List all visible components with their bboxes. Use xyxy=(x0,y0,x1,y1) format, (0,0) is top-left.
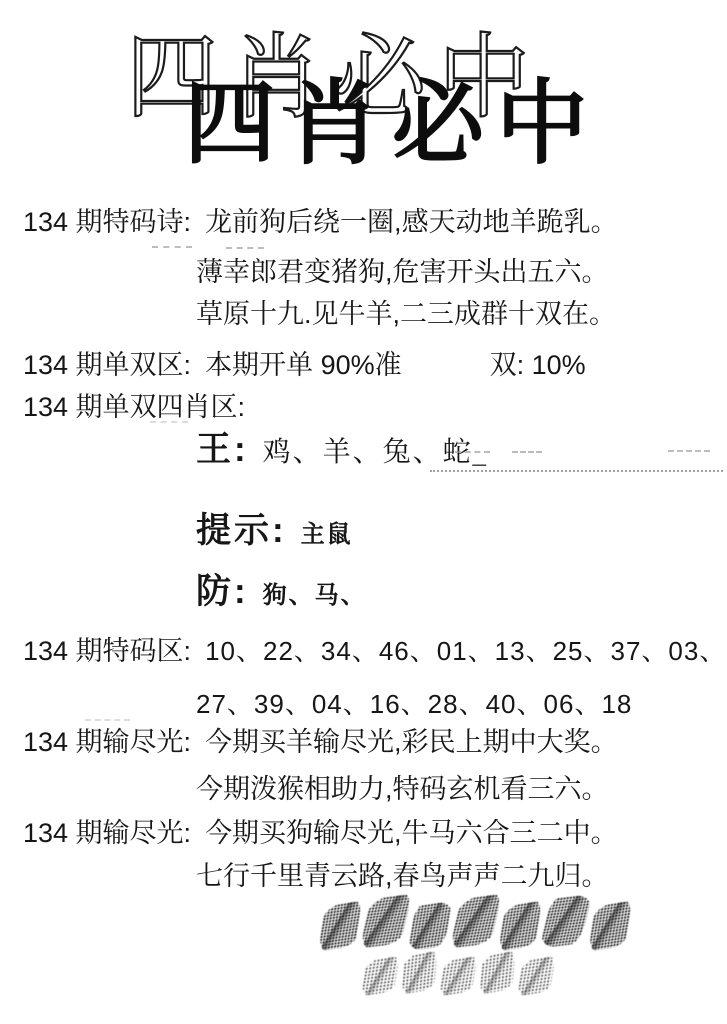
guard-values: 狗、马、 xyxy=(263,582,367,609)
hint-label: 提示: xyxy=(196,511,287,550)
scan-artifact xyxy=(150,421,188,423)
shujinguang-1-line-2: 今期泼猴相助力,特码玄机看三六。 xyxy=(196,774,609,805)
king-label: 王: xyxy=(196,430,249,469)
lottery-tip-sheet: 四肖必中 四肖必中 134 期特码诗:龙前狗后绕一圈,感天动地羊跪乳。 薄幸郎君… xyxy=(0,0,727,1024)
special-numbers-row-1: 10、22、34、46、01、13、25、37、03、15、 xyxy=(205,636,727,666)
poem-line-1: 134 期特码诗:龙前狗后绕一圈,感天动地羊跪乳。 xyxy=(23,207,618,238)
odd-even-label: 134 期单双区: xyxy=(23,350,191,380)
shujinguang-2-line-1: 134 期输尽光:今期买狗输尽光,牛马六合三二中。 xyxy=(23,818,618,849)
illegible-stamp-glyph xyxy=(408,900,453,951)
illegible-stamp-glyph xyxy=(401,950,438,994)
hint-line: 提示:主鼠 xyxy=(196,511,353,551)
poem-line-3: 草原十九.见牛羊,二三成群十双在。 xyxy=(196,299,616,330)
scan-artifact xyxy=(668,450,710,452)
four-zodiac-label: 134 期单双四肖区: xyxy=(23,392,245,423)
king-values: 鸡、羊、兔、蛇 xyxy=(263,436,473,467)
illegible-stamp-glyph xyxy=(479,950,516,994)
shujinguang-1-text-1: 今期买羊输尽光,彩民上期中大奖。 xyxy=(205,727,618,757)
king-line: 王:鸡、羊、兔、蛇_ xyxy=(196,430,486,470)
illegible-stamp-glyph xyxy=(588,900,633,951)
king-trailing-mark: _ xyxy=(473,440,486,467)
illegible-stamp-glyph xyxy=(360,956,399,997)
even-value: 双: 10% xyxy=(490,350,586,380)
special-numbers-line-1: 134 期特码区:10、22、34、46、01、13、25、37、03、15、 xyxy=(23,636,727,667)
poem-text-1: 龙前狗后绕一圈,感天动地羊跪乳。 xyxy=(205,207,618,237)
shujinguang-2-label: 134 期输尽光: xyxy=(23,818,191,848)
illegible-stamp-glyph xyxy=(359,894,412,949)
scan-artifact xyxy=(512,451,542,453)
illegible-stamp-glyph xyxy=(318,900,363,951)
page-title-solid: 四肖必中 xyxy=(184,78,600,170)
guard-label: 防: xyxy=(196,572,249,611)
illegible-stamp-glyph xyxy=(498,900,543,951)
scan-artifact xyxy=(455,451,490,453)
odd-value: 本期开单 90%准 xyxy=(205,350,402,380)
illegible-stamp-glyph xyxy=(438,956,477,997)
shujinguang-2-text-1: 今期买狗输尽光,牛马六合三二中。 xyxy=(205,818,618,848)
shujinguang-2-line-2: 七行千里青云路,春鸟声声二九归。 xyxy=(196,861,609,892)
scan-artifact xyxy=(152,246,192,248)
illegible-stamp-glyph xyxy=(516,956,555,997)
illegible-stamp-glyph xyxy=(539,894,592,949)
illegible-stamp-glyph xyxy=(449,894,502,949)
dotted-underline xyxy=(430,470,723,472)
scan-artifact xyxy=(226,247,264,249)
odd-even-line: 134 期单双区:本期开单 90%准双: 10% xyxy=(23,350,586,381)
poem-label: 134 期特码诗: xyxy=(23,207,191,237)
illegible-stamp-row-2 xyxy=(364,954,552,994)
guard-line: 防:狗、马、 xyxy=(196,572,367,612)
hint-value: 主鼠 xyxy=(301,521,353,548)
shujinguang-1-label: 134 期输尽光: xyxy=(23,727,191,757)
poem-line-2: 薄幸郎君变猪狗,危害开头出五六。 xyxy=(196,257,609,288)
shujinguang-1-line-1: 134 期输尽光:今期买羊输尽光,彩民上期中大奖。 xyxy=(23,727,618,758)
special-numbers-row-2: 27、39、04、16、28、40、06、18 xyxy=(196,690,632,720)
illegible-stamp-row-1 xyxy=(322,899,628,949)
special-numbers-label: 134 期特码区: xyxy=(23,636,191,666)
scan-artifact xyxy=(85,719,130,721)
